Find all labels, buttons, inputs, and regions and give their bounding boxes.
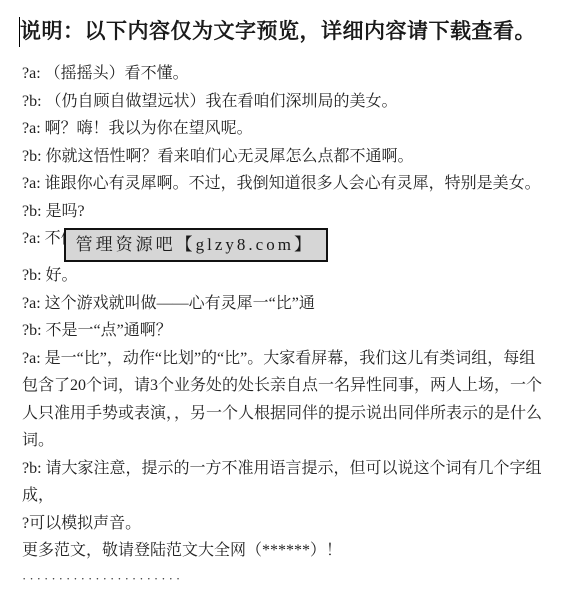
- preview-notice-heading: 说明：以下内容仅为文字预览，详细内容请下载查看。: [20, 16, 552, 46]
- dialogue-line-12: ?b: 请大家注意，提示的一方不准用语言提示，但可以说这个词有几个字组成，: [22, 455, 548, 510]
- dialogue-line-2: ?b: （仍自顾自做望远状）我在看咱们深圳局的美女。: [22, 88, 548, 116]
- dialogue-line-1: ?a: （摇摇头）看不懂。: [22, 60, 548, 88]
- dots-separator: ······················: [22, 565, 548, 593]
- text-cursor: [19, 17, 20, 47]
- dialogue-line-6: ?b: 是吗?: [22, 198, 548, 226]
- footer-note: 更多范文，敬请登陆范文大全网（******）！: [22, 537, 548, 565]
- dialogue-line-9: ?a: 这个游戏就叫做——心有灵犀一“比”通: [22, 290, 548, 318]
- dialogue-line-13: ?可以模拟声音。: [22, 510, 548, 538]
- dialogue-line-7-obscured: ?a: 不信管理资源吧【glzy8.com】: [22, 225, 548, 262]
- dialogue-line-4: ?b: 你就这悟性啊？看来咱们心无灵犀怎么点都不通啊。: [22, 143, 548, 171]
- dialogue-line-8: ?b: 好。: [22, 262, 548, 290]
- document-preview-page: 说明：以下内容仅为文字预览，详细内容请下载查看。 ?a: （摇摇头）看不懂。 ?…: [0, 0, 578, 600]
- watermark-badge: 管理资源吧【glzy8.com】: [64, 228, 328, 262]
- dialogue-line-5: ?a: 谁跟你心有灵犀啊。不过，我倒知道很多人会心有灵犀，特别是美女。: [22, 170, 548, 198]
- dialogue-line-10: ?b: 不是一“点”通啊？: [22, 317, 548, 345]
- dialogue-line-11: ?a: 是一“比”，动作“比划”的“比”。大家看屏幕，我们这儿有类词组，每组包含…: [22, 345, 548, 455]
- document-body: ?a: （摇摇头）看不懂。 ?b: （仍自顾自做望远状）我在看咱们深圳局的美女。…: [22, 60, 548, 592]
- dialogue-line-3: ?a: 啊？嗨！我以为你在望风呢。: [22, 115, 548, 143]
